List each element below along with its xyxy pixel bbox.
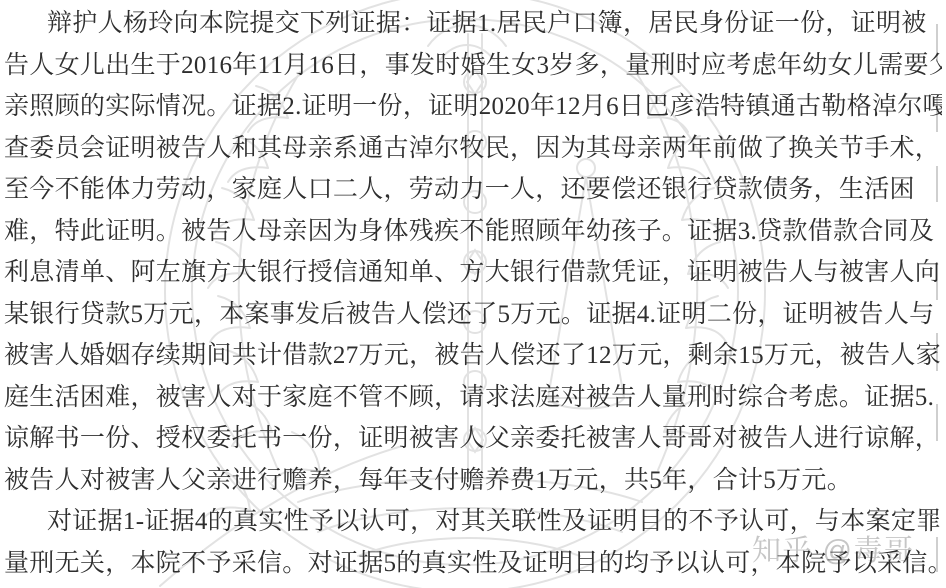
text-line: 难，特此证明。被告人母亲因为身体残疾不能照顾年幼孩子。证据3.贷款借款合同及 (4, 211, 942, 253)
text-line: 利息清单、阿左旗方大银行授信通知单、方大银行借款凭证，证明被告人与被害人向 (4, 252, 942, 294)
text-line: 至今不能体力劳动，家庭人口二人，劳动力一人，还要偿还银行贷款债务，生活困 (4, 169, 942, 211)
document-text: 辩护人杨玲向本院提交下列证据：证据1.居民户口簿，居民身份证一份，证明被 告人女… (4, 3, 942, 584)
text-line: 某银行贷款5万元，本案事发后被告人偿还了5万元。证据4.证明二份，证明被告人与 (4, 294, 942, 336)
text-line: 对证据1-证据4的真实性予以认可，对其关联性及证明目的不予认可，与本案定罪 (4, 501, 942, 543)
text-line: 被害人婚姻存续期间共计借款27万元，被告人偿还了12万元，剩余15万元，被告人家 (4, 335, 942, 377)
text-line: 亲照顾的实际情况。证据2.证明一份，证明2020年12月6日巴彦浩特镇通古勒格淖… (4, 86, 942, 128)
text-line: 量刑无关，本院不予采信。对证据5的真实性及证明目的均予以认可，本院予以采信。 (4, 543, 942, 585)
text-line: 辩护人杨玲向本院提交下列证据：证据1.居民户口簿，居民身份证一份，证明被 (4, 3, 942, 45)
text-line: 谅解书一份、授权委托书一份，证明被害人父亲委托被害人哥哥对被告人进行谅解， (4, 418, 942, 460)
text-line: 庭生活困难，被害人对于家庭不管不顾，请求法庭对被告人量刑时综合考虑。证据5. (4, 377, 942, 419)
text-line: 告人女儿出生于2016年11月16日，事发时婚生女3岁多，量刑时应考虑年幼女儿需… (4, 45, 942, 87)
document-page: { "colors": { "text": "#2e2e2e", "backgr… (0, 0, 946, 588)
text-line: 被告人对被害人父亲进行赡养，每年支付赡养费1万元，共5年，合计5万元。 (4, 460, 942, 502)
text-line: 查委员会证明被告人和其母亲系通古淖尔牧民，因为其母亲两年前做了换关节手术， (4, 128, 942, 170)
